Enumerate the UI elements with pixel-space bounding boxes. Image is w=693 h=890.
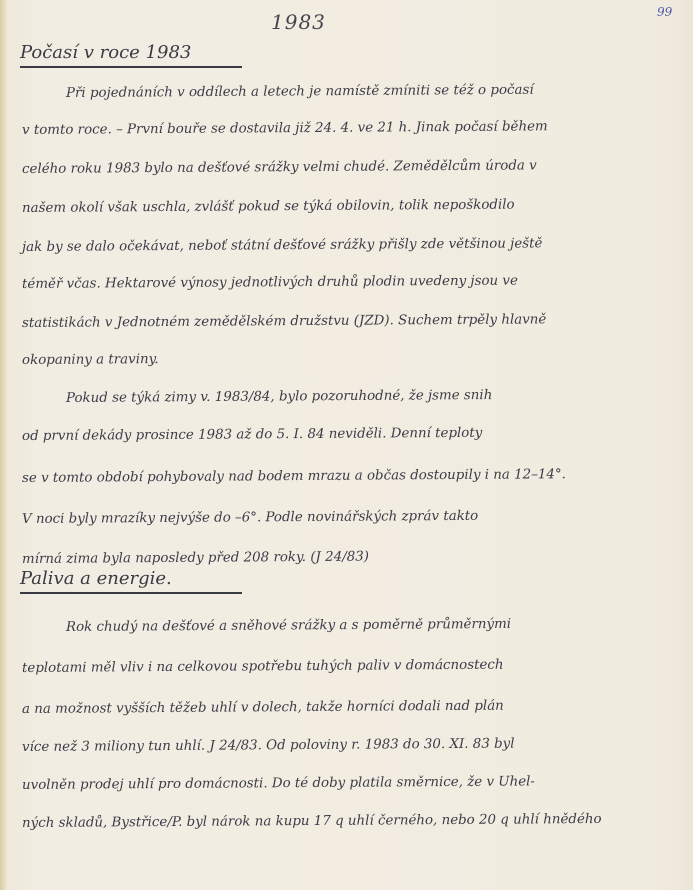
scanned-chronicle-page: 1983 99 Počasí v roce 1983 Při pojednání… <box>0 0 693 890</box>
text-line: téměř včas. Hektarové výnosy jednotlivýc… <box>22 271 642 295</box>
text-line: našem okolí však uschla, zvlášť pokud se… <box>22 195 642 219</box>
text-line: mírná zima byla naposledy před 208 roky.… <box>22 546 642 570</box>
text-line: ných skladů, Bystřice/P. byl nárok na ku… <box>22 810 642 834</box>
text-line: v tomto roce. – První bouře se dostavila… <box>22 117 642 141</box>
text-line: teplotami měl vliv i na celkovou spotřeb… <box>22 655 642 679</box>
text-line: Při pojednáních v oddílech a letech je n… <box>66 80 686 104</box>
text-line: uvolněn prodej uhlí pro domácnosti. Do t… <box>22 772 642 796</box>
text-line: více než 3 miliony tun uhlí. J 24/83. Od… <box>22 734 642 758</box>
section-heading-weather: Počasí v roce 1983 <box>20 42 242 68</box>
text-line: statistikách v Jednotném zemědělském dru… <box>22 310 642 334</box>
text-line: Rok chudý na dešťové a sněhové srážky a … <box>66 614 686 638</box>
section-heading-fuel-energy: Paliva a energie. <box>20 568 242 594</box>
text-line: se v tomto období pohybovaly nad bodem m… <box>22 465 642 489</box>
page-binding-edge <box>0 0 6 890</box>
text-line: od první dekády prosince 1983 až do 5. I… <box>22 423 642 447</box>
text-line: a na možnost vyšších těžeb uhlí v dolech… <box>22 696 642 720</box>
year-header: 1983 <box>271 10 326 34</box>
text-line: jak by se dalo očekávat, neboť státní de… <box>22 234 642 258</box>
text-line: Pokud se týká zimy v. 1983/84, bylo pozo… <box>66 385 686 409</box>
text-line: V noci byly mrazíky nejvýše do –6°. Podl… <box>22 506 642 530</box>
page-number: 99 <box>657 5 672 19</box>
text-line: celého roku 1983 bylo na dešťové srážky … <box>22 156 642 180</box>
text-line: okopaniny a traviny. <box>22 347 642 371</box>
